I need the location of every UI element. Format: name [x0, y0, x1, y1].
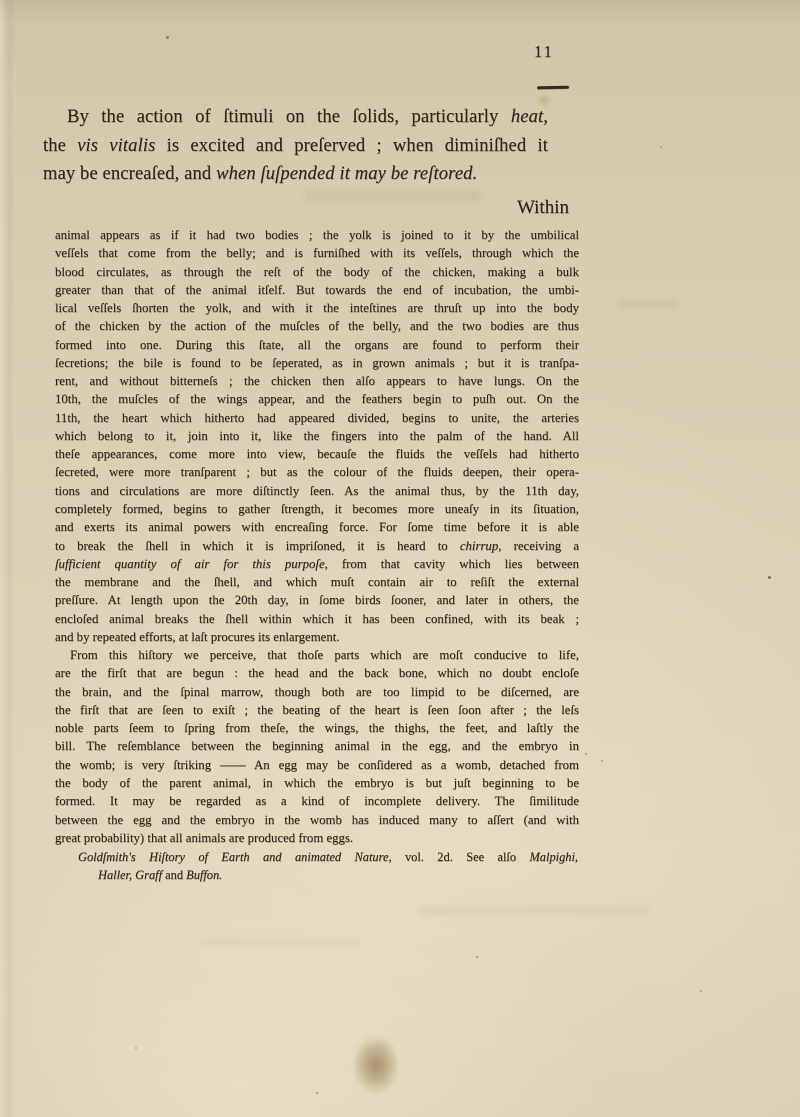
text-line: the membrane and the ſhell, and which mu…	[55, 573, 579, 591]
paper-speck	[585, 753, 587, 755]
text-line: the brain, and the ſpinal marrow, though…	[55, 683, 579, 701]
text-line: From this hiſtory we perceive, that thoſ…	[55, 646, 579, 664]
text-line: animal appears as if it had two bodies ;…	[55, 226, 579, 244]
commentary-text: animal appears as if it had two bodies ;…	[55, 226, 579, 847]
citation-text: Goldſmith's Hiſtory of Earth and animate…	[78, 848, 578, 884]
text-line: the body of the parent animal, in which …	[55, 774, 579, 792]
paper-speck	[660, 146, 662, 148]
text-line: bill. The reſemblance between the beginn…	[55, 737, 579, 755]
text-line: lical veſſels ſhorten the yolk, and with…	[55, 299, 579, 317]
text-line: rent, and without bitterneſs ; the chick…	[55, 372, 579, 390]
book-page-scan: 11 By the action of ſtimuli on the ſolid…	[0, 0, 800, 1117]
text-line: encloſed animal breaks the ſhell within …	[55, 610, 579, 628]
text-line: and exerts its animal powers with encrea…	[55, 518, 579, 536]
text-line: to break the ſhell in which it is impriſ…	[55, 537, 579, 555]
text-line: the firſt that are ſeen to exiſt ; the b…	[55, 701, 579, 719]
paper-speck	[700, 990, 702, 992]
text-line: great probability) that all animals are …	[55, 829, 579, 847]
text-line: are the firſt that are begun : the head …	[55, 664, 579, 682]
show-through-ghost	[618, 300, 678, 308]
text-line: preſſure. At length upon the 20th day, i…	[55, 591, 579, 609]
text-line: ſecreted, were more tranſparent ; but as…	[55, 463, 579, 481]
text-line: which belong to it, join into it, like t…	[55, 427, 579, 445]
ink-stain-small	[534, 92, 554, 109]
text-line: ſufficient quantity of air for this purp…	[55, 555, 579, 573]
text-line: Goldſmith's Hiſtory of Earth and animate…	[78, 848, 578, 866]
text-line: the vis vitalis is excited and preſerved…	[43, 132, 548, 161]
paper-speck	[166, 36, 169, 39]
text-line: of the chicken by the action of the muſc…	[55, 317, 579, 335]
text-line: between the egg and the embryo in the wo…	[55, 811, 579, 829]
proposition-text: By the action of ſtimuli on the ſolids, …	[43, 103, 548, 189]
show-through-ghost	[420, 906, 650, 915]
page-number-rule	[537, 86, 569, 90]
text-line: formed. It may be regarded as a kind of …	[55, 792, 579, 810]
text-line: noble parts ſeem to ſpring from theſe, t…	[55, 719, 579, 737]
text-line: 11th, the heart which hitherto had appea…	[55, 409, 579, 427]
text-line: formed into one. During this ſtate, all …	[55, 336, 579, 354]
show-through-ghost	[305, 192, 480, 201]
text-line: By the action of ſtimuli on the ſolids, …	[43, 103, 548, 132]
page-number: 11	[527, 42, 561, 62]
text-line: tions and circulations are more diſtinct…	[55, 482, 579, 500]
paper-speck	[601, 760, 603, 762]
text-line: 10th, the muſcles of the wings appear, a…	[55, 390, 579, 408]
paper-speck	[135, 1047, 137, 1049]
paper-speck	[768, 576, 771, 579]
text-line: the womb; is very ſtriking —— An egg may…	[55, 756, 579, 774]
text-line: ſecretions; the bile is found to be ſepe…	[55, 354, 579, 372]
show-through-ghost	[200, 938, 360, 946]
text-line: completely formed, begins to gather ſtre…	[55, 500, 579, 518]
text-line: Haller, Graff and Buffon.	[78, 866, 578, 884]
text-line: blood circulates, as through the reſt of…	[55, 263, 579, 281]
paper-speck	[316, 1092, 318, 1094]
text-line: may be encreaſed, and when ſuſpended it …	[43, 160, 548, 189]
text-line: theſe appearances, come more into view, …	[55, 445, 579, 463]
paper-speck	[476, 956, 478, 958]
text-line: greater than that of the animal itſelf. …	[55, 281, 579, 299]
text-line: veſſels that come from the belly; and is…	[55, 244, 579, 262]
text-line: and by repeated efforts, at laſt procure…	[55, 628, 579, 646]
ink-stain-large	[345, 1026, 407, 1104]
